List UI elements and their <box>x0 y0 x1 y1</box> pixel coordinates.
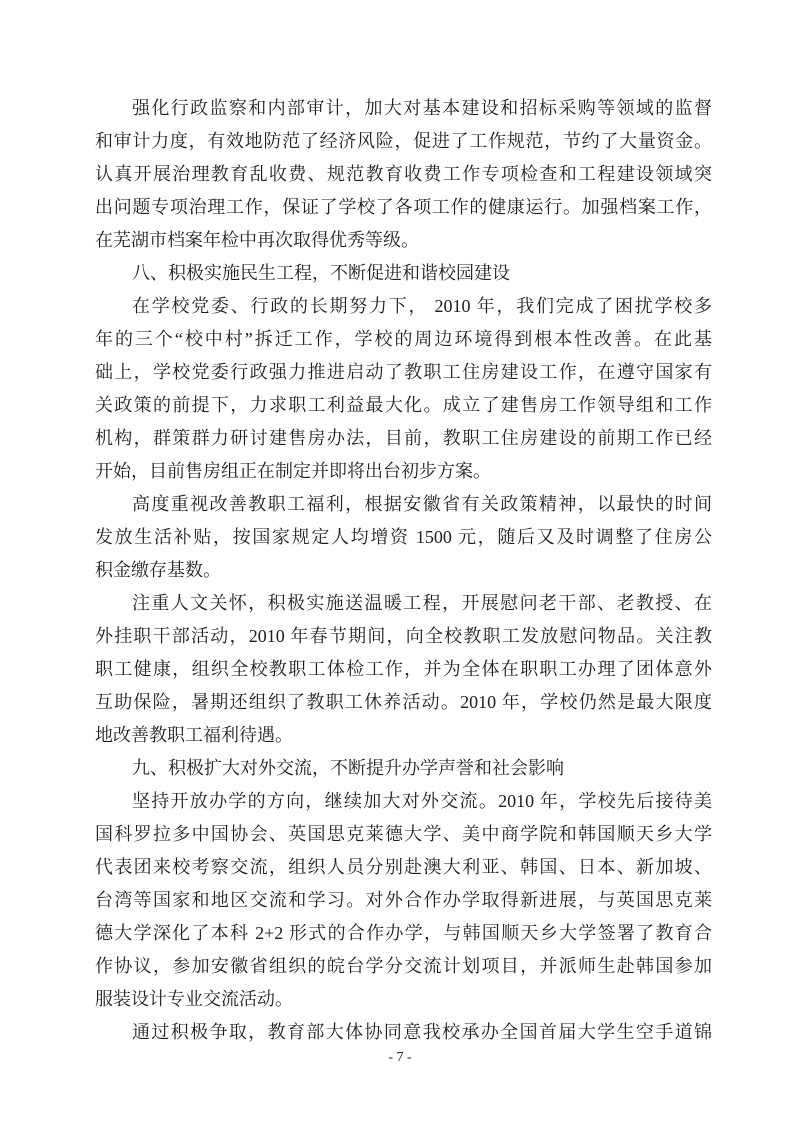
paragraph-line: 在芜湖市档案年检中再次取得优秀等级。 <box>95 224 712 257</box>
paragraph-line: 关政策的前提下，力求职工利益最大化。成立了建售房工作领导组和工作 <box>95 389 712 422</box>
section-heading: 九、积极扩大对外交流，不断提升办学声誉和社会影响 <box>95 752 712 785</box>
paragraph: 坚持开放办学的方向，继续加大对外交流。2010 年，学校先后接待美 国科罗拉多中… <box>95 785 712 1016</box>
paragraph-line: 机构，群策群力研讨建售房办法，目前，教职工住房建设的前期工作已经 <box>95 422 712 455</box>
paragraph-line: 出问题专项治理工作，保证了学校了各项工作的健康运行。加强档案工作， <box>95 191 712 224</box>
paragraph-line: 职工健康，组织全校教职工体检工作，并为全体在职职工办理了团体意外 <box>95 653 712 686</box>
paragraph-line: 在学校党委、行政的长期努力下， 2010 年，我们完成了困扰学校多 <box>95 290 712 323</box>
section-heading: 八、积极实施民生工程，不断促进和谐校园建设 <box>95 257 712 290</box>
paragraph-line: 认真开展治理教育乱收费、规范教育收费工作专项检查和工程建设领域突 <box>95 158 712 191</box>
paragraph-line: 和审计力度，有效地防范了经济风险，促进了工作规范，节约了大量资金。 <box>95 125 712 158</box>
paragraph: 注重人文关怀，积极实施送温暖工程，开展慰问老干部、老教授、在 外挂职干部活动，2… <box>95 587 712 752</box>
section-heading-9: 九、积极扩大对外交流，不断提升办学声誉和社会影响 <box>95 752 712 785</box>
paragraph-line: 高度重视改善教职工福利，根据安徽省有关政策精神，以最快的时间 <box>95 488 712 521</box>
paragraph-line: 作协议，参加安徽省组织的皖台学分交流计划项目，并派师生赴韩国参加 <box>95 950 712 983</box>
paragraph-line: 础上，学校党委行政强力推进启动了教职工住房建设工作，在遵守国家有 <box>95 356 712 389</box>
paragraph-line: 国科罗拉多中国协会、英国思克莱德大学、美中商学院和韩国顺天乡大学 <box>95 818 712 851</box>
paragraph-line: 外挂职干部活动，2010 年春节期间，向全校教职工发放慰问物品。关注教 <box>95 620 712 653</box>
page-number: - 7 - <box>0 1049 800 1067</box>
paragraph-line: 坚持开放办学的方向，继续加大对外交流。2010 年，学校先后接待美 <box>95 785 712 818</box>
paragraph-line: 地改善教职工福利待遇。 <box>95 719 712 752</box>
paragraph-line: 德大学深化了本科 2+2 形式的合作办学，与韩国顺天乡大学签署了教育合 <box>95 917 712 950</box>
paragraph-line: 发放生活补贴，按国家规定人均增资 1500 元，随后又及时调整了住房公 <box>95 521 712 554</box>
section-heading-8: 八、积极实施民生工程，不断促进和谐校园建设 <box>95 257 712 290</box>
paragraph: 通过积极争取，教育部大体协同意我校承办全国首届大学生空手道锦 <box>95 1016 712 1049</box>
paragraph-line: 台湾等国家和地区交流和学习。对外合作办学取得新进展，与英国思克莱 <box>95 884 712 917</box>
paragraph-line: 积金缴存基数。 <box>95 554 712 587</box>
paragraph-line: 服装设计专业交流活动。 <box>95 983 712 1016</box>
paragraph-line: 代表团来校考察交流，组织人员分别赴澳大利亚、韩国、日本、新加坡、 <box>95 851 712 884</box>
paragraph-line: 通过积极争取，教育部大体协同意我校承办全国首届大学生空手道锦 <box>95 1016 712 1049</box>
paragraph-line: 开始，目前售房组正在制定并即将出台初步方案。 <box>95 455 712 488</box>
body-text: 强化行政监察和内部审计，加大对基本建设和招标采购等领域的监督 和审计力度，有效地… <box>95 92 712 1049</box>
document-page: 强化行政监察和内部审计，加大对基本建设和招标采购等领域的监督 和审计力度，有效地… <box>0 0 800 1131</box>
paragraph: 强化行政监察和内部审计，加大对基本建设和招标采购等领域的监督 和审计力度，有效地… <box>95 92 712 257</box>
paragraph: 在学校党委、行政的长期努力下， 2010 年，我们完成了困扰学校多 年的三个“校… <box>95 290 712 488</box>
paragraph-line: 年的三个“校中村”拆迁工作，学校的周边环境得到根本性改善。在此基 <box>95 323 712 356</box>
paragraph: 高度重视改善教职工福利，根据安徽省有关政策精神，以最快的时间 发放生活补贴，按国… <box>95 488 712 587</box>
paragraph-line: 强化行政监察和内部审计，加大对基本建设和招标采购等领域的监督 <box>95 92 712 125</box>
paragraph-line: 互助保险，暑期还组织了教职工休养活动。2010 年，学校仍然是最大限度 <box>95 686 712 719</box>
paragraph-line: 注重人文关怀，积极实施送温暖工程，开展慰问老干部、老教授、在 <box>95 587 712 620</box>
